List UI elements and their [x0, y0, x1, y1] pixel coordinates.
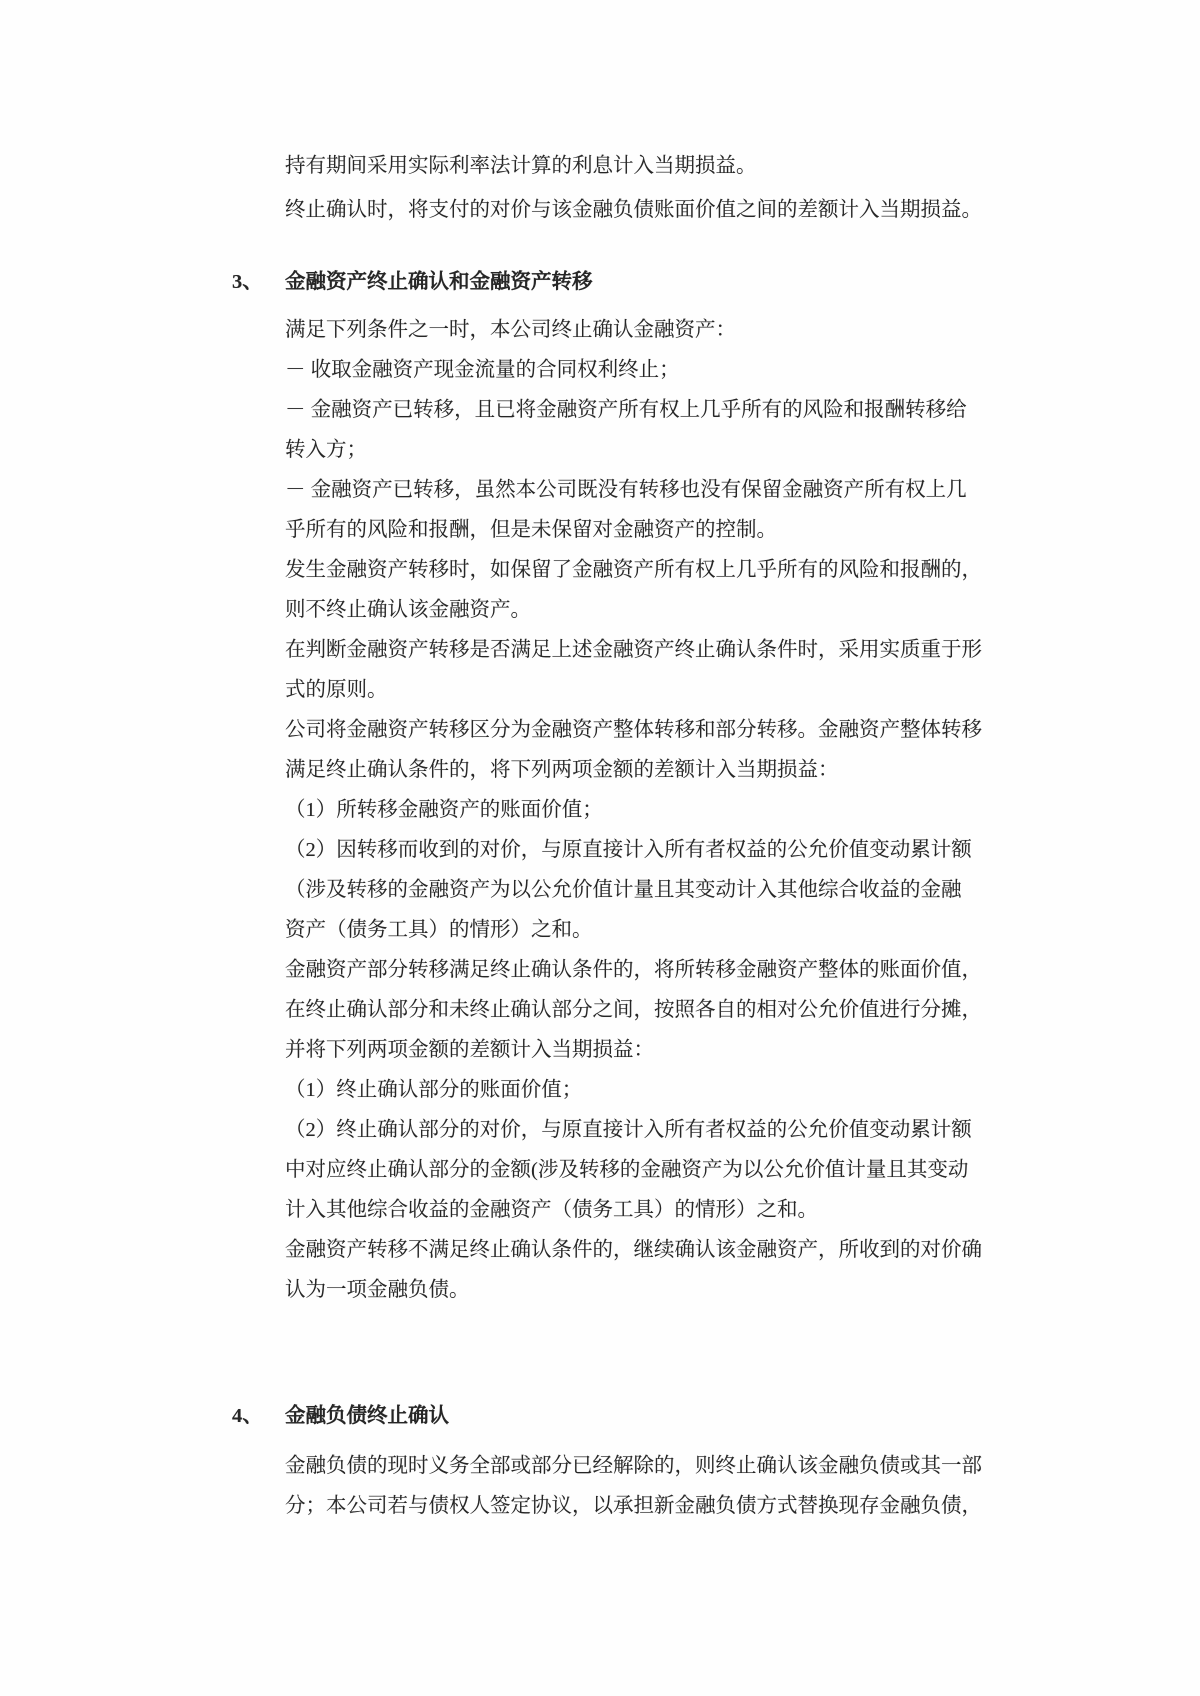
text-line: （涉及转移的金融资产为以公允价值计量且其变动计入其他综合收益的金融: [285, 870, 985, 910]
page-content: 持有期间采用实际利率法计算的利息计入当期损益。终止确认时，将支付的对价与该金融负…: [285, 146, 985, 1526]
text-line: 中对应终止确认部分的金额(涉及转移的金融资产为以公允价值计量且其变动: [285, 1150, 985, 1190]
text-line: 乎所有的风险和报酬，但是未保留对金融资产的控制。: [285, 510, 985, 550]
text-line: － 金融资产已转移，且已将金融资产所有权上几乎所有的风险和报酬转移给: [285, 390, 985, 430]
text-line: 计入其他综合收益的金融资产（债务工具）的情形）之和。: [285, 1190, 985, 1230]
text-line: 公司将金融资产转移区分为金融资产整体转移和部分转移。金融资产整体转移: [285, 710, 985, 750]
text-line: 则不终止确认该金融资产。: [285, 590, 985, 630]
section-3-title: 金融资产终止确认和金融资产转移: [285, 271, 593, 293]
text-line: （1）所转移金融资产的账面价值；: [285, 790, 985, 830]
text-line: 在终止确认部分和未终止确认部分之间，按照各自的相对公允价值进行分摊，: [285, 990, 985, 1030]
text-line: 转入方；: [285, 430, 985, 470]
section-3-heading: 3、 金融资产终止确认和金融资产转移: [285, 262, 985, 302]
text-line: （2）终止确认部分的对价，与原直接计入所有者权益的公允价值变动累计额: [285, 1110, 985, 1150]
text-line: 终止确认时，将支付的对价与该金融负债账面价值之间的差额计入当期损益。: [285, 190, 985, 234]
section-3-body: 满足下列条件之一时，本公司终止确认金融资产：－ 收取金融资产现金流量的合同权利终…: [285, 310, 985, 1310]
text-line: 在判断金融资产转移是否满足上述金融资产终止确认条件时，采用实质重于形: [285, 630, 985, 670]
section-4-body: 金融负债的现时义务全部或部分已经解除的，则终止确认该金融负债或其一部分；本公司若…: [285, 1446, 985, 1526]
section-3-number: 3、: [232, 262, 263, 302]
text-line: 满足下列条件之一时，本公司终止确认金融资产：: [285, 310, 985, 350]
document-page: 持有期间采用实际利率法计算的利息计入当期损益。终止确认时，将支付的对价与该金融负…: [0, 0, 1200, 1696]
section-financial-asset-derecognition: 3、 金融资产终止确认和金融资产转移 满足下列条件之一时，本公司终止确认金融资产…: [285, 262, 985, 1310]
section-4-heading: 4、 金融负债终止确认: [285, 1396, 985, 1436]
section-financial-liability-derecognition: 4、 金融负债终止确认 金融负债的现时义务全部或部分已经解除的，则终止确认该金融…: [285, 1396, 985, 1526]
text-line: 资产（债务工具）的情形）之和。: [285, 910, 985, 950]
text-line: 分；本公司若与债权人签定协议，以承担新金融负债方式替换现存金融负债，: [285, 1486, 985, 1526]
text-line: 满足终止确认条件的，将下列两项金额的差额计入当期损益：: [285, 750, 985, 790]
text-line: 金融资产部分转移满足终止确认条件的，将所转移金融资产整体的账面价值，: [285, 950, 985, 990]
text-line: （1）终止确认部分的账面价值；: [285, 1070, 985, 1110]
text-line: 持有期间采用实际利率法计算的利息计入当期损益。: [285, 146, 985, 190]
intro-paragraph: 持有期间采用实际利率法计算的利息计入当期损益。终止确认时，将支付的对价与该金融负…: [285, 146, 985, 234]
text-line: 金融资产转移不满足终止确认条件的，继续确认该金融资产，所收到的对价确: [285, 1230, 985, 1270]
section-4-title: 金融负债终止确认: [285, 1405, 449, 1427]
text-line: （2）因转移而收到的对价，与原直接计入所有者权益的公允价值变动累计额: [285, 830, 985, 870]
text-line: 发生金融资产转移时，如保留了金融资产所有权上几乎所有的风险和报酬的，: [285, 550, 985, 590]
text-line: 认为一项金融负债。: [285, 1270, 985, 1310]
text-line: 式的原则。: [285, 670, 985, 710]
section-4-number: 4、: [232, 1396, 263, 1436]
text-line: － 收取金融资产现金流量的合同权利终止；: [285, 350, 985, 390]
text-line: － 金融资产已转移，虽然本公司既没有转移也没有保留金融资产所有权上几: [285, 470, 985, 510]
text-line: 并将下列两项金额的差额计入当期损益：: [285, 1030, 985, 1070]
text-line: 金融负债的现时义务全部或部分已经解除的，则终止确认该金融负债或其一部: [285, 1446, 985, 1486]
